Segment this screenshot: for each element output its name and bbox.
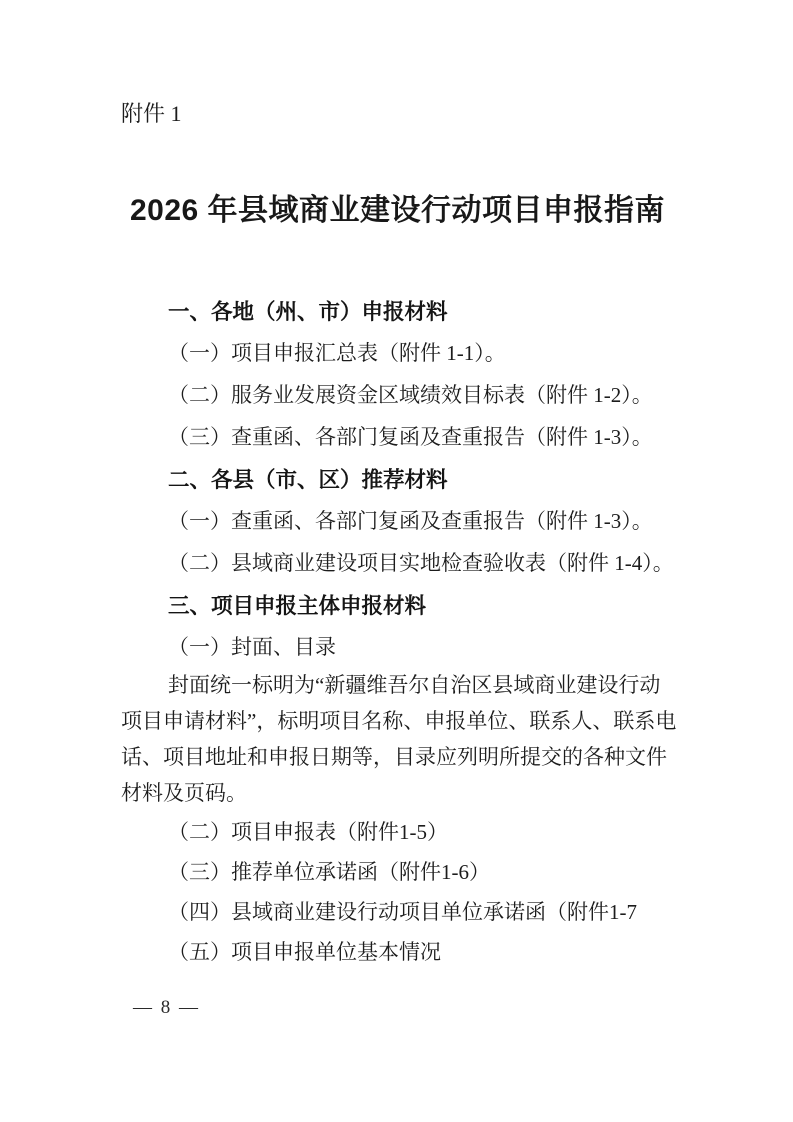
section-1-item-2: （二）服务业发展资金区域绩效目标表（附件 1-2）。 xyxy=(121,373,674,415)
section-3-item-2: （二）项目申报表（附件1-5） xyxy=(121,811,674,851)
paragraph-line-1: 封面统一标明为“新疆维吾尔自治区县域商业建设行动 xyxy=(121,667,674,703)
section-2-item-1: （一）查重函、各部门复函及查重报告（附件 1-3）。 xyxy=(121,499,674,541)
document-body: 一、各地（州、市）申报材料 （一）项目申报汇总表（附件 1-1）。 （二）服务业… xyxy=(121,289,674,971)
paragraph-line-4: 材料及页码。 xyxy=(121,775,674,811)
section-3-item-4: （四）县域商业建设行动项目单位承诺函（附件1-7 xyxy=(121,891,674,931)
section-3-item-5: （五）项目申报单位基本情况 xyxy=(121,931,674,971)
attachment-label: 附件 1 xyxy=(121,101,674,127)
paragraph-line-2: 项目申请材料”，标明项目名称、申报单位、联系人、联系电 xyxy=(121,703,674,739)
section-3-item-1: （一）封面、目录 xyxy=(121,625,674,667)
section-3-paragraph: 封面统一标明为“新疆维吾尔自治区县域商业建设行动 项目申请材料”，标明项目名称、… xyxy=(121,667,674,811)
document-content: 附件 1 2026 年县域商业建设行动项目申报指南 一、各地（州、市）申报材料 … xyxy=(121,0,674,971)
section-2-heading: 二、各县（市、区）推荐材料 xyxy=(121,457,674,499)
section-1-item-3: （三）查重函、各部门复函及查重报告（附件 1-3）。 xyxy=(121,415,674,457)
section-1-heading: 一、各地（州、市）申报材料 xyxy=(121,289,674,331)
section-3-heading: 三、项目申报主体申报材料 xyxy=(121,583,674,625)
section-2-item-2: （二）县域商业建设项目实地检查验收表（附件 1-4）。 xyxy=(121,541,674,583)
document-title: 2026 年县域商业建设行动项目申报指南 xyxy=(121,191,674,231)
document-page: 附件 1 2026 年县域商业建设行动项目申报指南 一、各地（州、市）申报材料 … xyxy=(0,0,793,1122)
paragraph-line-3: 话、项目地址和申报日期等，目录应列明所提交的各种文件 xyxy=(121,739,674,775)
page-number: — 8 — xyxy=(133,997,200,1019)
section-1-item-1: （一）项目申报汇总表（附件 1-1）。 xyxy=(121,331,674,373)
section-3-item-3: （三）推荐单位承诺函（附件1-6） xyxy=(121,851,674,891)
